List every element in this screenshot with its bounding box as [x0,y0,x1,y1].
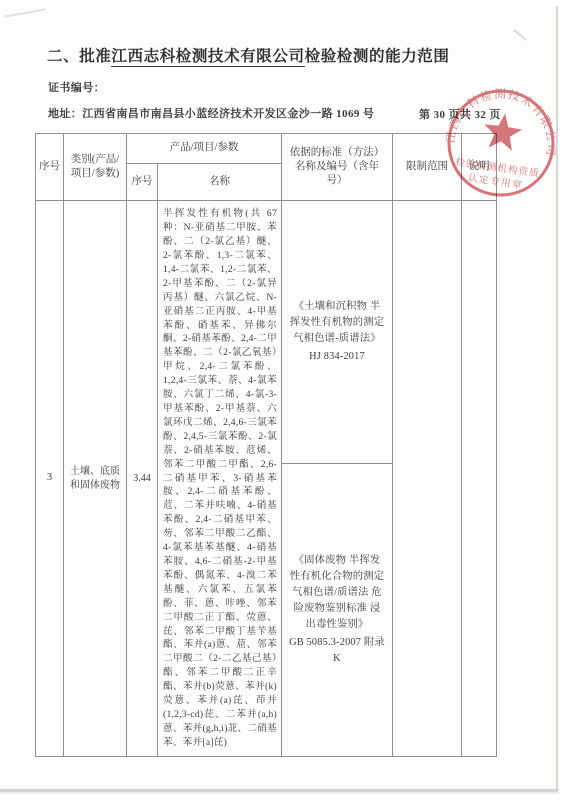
header-category: 类别(产品/项目/参数) [64,134,127,201]
row-parameter-name: 半挥发性有机物(共 67 种：N-亚硝基二甲胺、苯酚、二（2-氯乙基）醚、2-氯… [158,201,282,756]
title-prefix: 二、批准 [47,48,111,65]
parameter-name-text: 半挥发性有机物(共 67 种：N-亚硝基二甲胺、苯酚、二（2-氯乙基）醚、2-氯… [163,207,277,749]
title-suffix: 检验检测的能力范围 [305,48,450,65]
header-standard: 依据的标准（方法）名称及编号（含年号） [282,134,393,201]
row-restriction-empty [393,201,462,756]
row-sub-seq: 3.44 [127,201,158,756]
header-sub-seq: 序号 [127,164,158,201]
page-title: 二、批准江西志科检测技术有限公司检验检测的能力范围 [47,44,450,66]
header-name: 名称 [158,164,282,201]
standard-cell-2: 《固体废物 半挥发性有机化合物的测定 气相色谱/质谱法 危险废物鉴别标准 浸出毒… [282,464,392,756]
scan-artifact-top-left [4,8,46,17]
scanned-document-page: 二、批准江西志科检测技术有限公司检验检测的能力范围 证书编号： 地址：江西省南昌… [0,0,566,800]
standard-cell-1: 《土壤和沉积物 半挥发性有机物的测定 气相色谱-质谱法》 HJ 834-2017 [282,201,392,464]
title-company-underlined: 江西志科检测技术有限公司 [111,48,304,67]
row-seq: 3 [36,201,64,756]
star-icon [481,111,524,152]
header-seq: 序号 [36,134,64,201]
row-standards: 《土壤和沉积物 半挥发性有机物的测定 气相色谱-质谱法》 HJ 834-2017… [282,201,393,756]
row-category: 土壤、底质和固体废物 [64,201,127,756]
row-note-empty [462,201,496,756]
standard-1-title: 《土壤和沉积物 半挥发性有机物的测定 气相色谱-质谱法》 [289,299,385,347]
capability-table: 序号 类别(产品/项目/参数) 产品/项目/参数 序号 名称 依据的标准（方法）… [35,133,497,757]
certificate-number-label: 证书编号： [48,79,105,95]
page-edge-bottom-shadow [0,792,559,794]
address-line: 地址：江西省南昌市南昌县小蓝经济技术开发区金沙一路 1069 号 [48,105,374,121]
standard-2-title: 《固体废物 半挥发性有机化合物的测定 气相色谱/质谱法 危险废物鉴别标准 浸出毒… [289,553,385,633]
page-edge-right [556,6,558,791]
standard-2-code: GB 5085.3-2007 附录 K [289,635,385,667]
standard-1-code: HJ 834-2017 [309,349,365,365]
red-seal-stamp: 江西志科检测技术有限公司 检验检测机构资质 认定专用章 [430,72,566,214]
scan-artifact-top-right [513,29,527,40]
header-product-group: 产品/项目/参数 [127,134,282,164]
